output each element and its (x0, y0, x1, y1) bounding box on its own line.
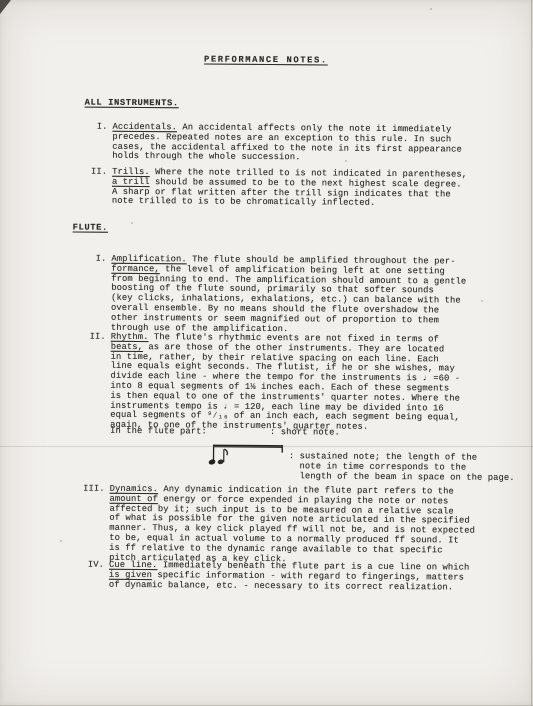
section-heading-all-instruments: ALL INSTRUMENTS. (85, 99, 179, 110)
page-title: PERFORMANCE NOTES. (204, 56, 328, 67)
item-numeral: II. (81, 333, 106, 431)
item-numeral: I. (82, 255, 107, 334)
note-item-cue-line: IV. Cue line. Immediately beneath the fl… (80, 561, 489, 594)
note-item-accidentals: I. Accidentals. An accidental affects on… (83, 123, 492, 165)
scan-speckle (481, 300, 483, 302)
scan-speckle (430, 8, 432, 10)
section-heading-flute: FLUTE. (73, 223, 108, 233)
item-numeral: II. (83, 168, 107, 207)
page-content: PERFORMANCE NOTES. ALL INSTRUMENTS. I. A… (0, 0, 533, 706)
item-numeral: I. (83, 123, 107, 162)
scan-speckle (131, 222, 133, 224)
short-note-caption: : short note. (270, 428, 340, 438)
item-numeral: IV. (80, 561, 104, 591)
sustained-note-caption: : sustained note; the length of the note… (289, 452, 515, 483)
scan-speckle (60, 540, 62, 542)
note-item-amplification: I. Amplification. The flute should be am… (82, 255, 492, 337)
item-numeral: III. (80, 485, 105, 564)
scan-edge (531, 0, 532, 706)
note-item-rhythm: II. Rhythm. The flute's rhythmic events … (81, 333, 491, 434)
scanned-page: PERFORMANCE NOTES. ALL INSTRUMENTS. I. A… (0, 0, 533, 706)
scan-corner-mark (0, 0, 11, 14)
caption-line: length of the beam in space on the page. (289, 472, 515, 484)
note-item-trills: II. Trills. Where the note trilled to is… (83, 168, 492, 210)
flute-part-label: In the flute part: (110, 427, 207, 438)
note-item-dynamics: III. Dynamics. Any dynamic indication in… (80, 485, 490, 567)
scan-streak (0, 446, 533, 447)
scan-speckle (345, 160, 347, 162)
paragraph-line: of dynamic balance, etc. - necessary to … (109, 580, 489, 593)
